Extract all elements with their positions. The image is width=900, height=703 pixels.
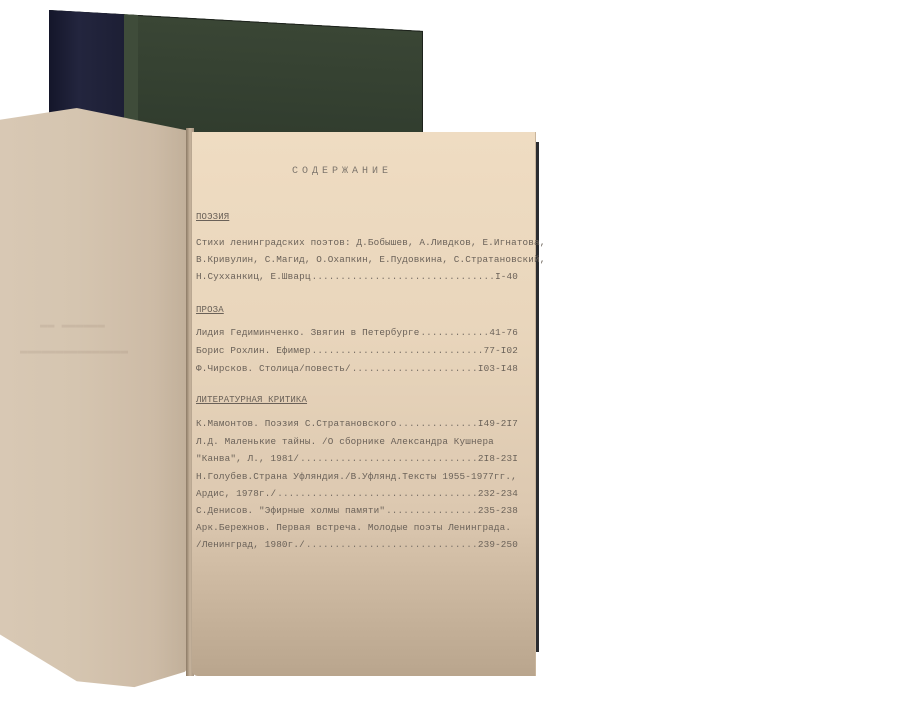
page-range: 2I8-23I — [478, 452, 518, 465]
page-range: I03-I48 — [478, 362, 518, 375]
entry-text: Стихи ленинградских поэтов: Д.Бобышев, А… — [196, 236, 545, 249]
section-heading-criticism: ЛИТЕРАТУРНАЯ КРИТИКА — [196, 394, 307, 407]
toc-entry: С.Денисов. "Эфирные холмы памяти" 235-23… — [196, 502, 518, 519]
leader-dots — [277, 487, 477, 500]
toc-entry: Лидия Гедиминченко. Звягин в Петербурге … — [196, 324, 518, 341]
toc-entry: Ф.Чирсков. Столица/повесть/ I03-I48 — [196, 360, 518, 377]
leader-dots — [386, 504, 477, 517]
leader-dots — [352, 362, 477, 375]
entry-text: С.Денисов. "Эфирные холмы памяти" — [196, 504, 385, 517]
entry-text: Ф.Чирсков. Столица/повесть/ — [196, 362, 351, 375]
section-heading-prose: ПРОЗА — [196, 304, 224, 317]
section-heading-poetry: ПОЭЗИЯ — [196, 211, 229, 224]
entry-text: Лидия Гедиминченко. Звягин в Петербурге — [196, 326, 419, 339]
page-range: 239-250 — [478, 538, 518, 551]
entry-text: В.Кривулин, С.Магид, О.Охапкин, Е.Пудовк… — [196, 253, 545, 266]
leader-dots — [306, 538, 477, 551]
toc-entry: К.Мамонтов. Поэзия С.Стратановского I49-… — [196, 415, 518, 432]
bleed-through-text: ▬▬▬▬▬▬▬▬▬▬▬▬▬▬▬ — [20, 344, 128, 358]
page-range: I-40 — [495, 270, 518, 283]
entry-text: К.Мамонтов. Поэзия С.Стратановского — [196, 417, 397, 430]
leader-dots — [398, 417, 477, 430]
toc-entry: Арк.Бережнов. Первая встреча. Молодые по… — [196, 519, 518, 553]
entry-text: Борис Рохлин. Ефимер — [196, 344, 311, 357]
entry-text: Н.Голубев.Страна Уфляндия./В.Уфлянд.Текс… — [196, 470, 517, 483]
entry-text: Н.Сухханкиц, Е.Шварц — [196, 270, 311, 283]
leader-dots — [420, 326, 488, 339]
page-range: 235-238 — [478, 504, 518, 517]
entry-text: /Ленинград, 1980г./ — [196, 538, 305, 551]
leader-dots — [300, 452, 477, 465]
toc-entry: Н.Голубев.Страна Уфляндия./В.Уфлянд.Текс… — [196, 468, 518, 502]
page-range: 41-76 — [489, 326, 518, 339]
toc-title: СОДЕРЖАНИЕ — [292, 165, 392, 178]
page-range: 77-I02 — [484, 344, 518, 357]
entry-text: Ардис, 1978г./ — [196, 487, 276, 500]
entry-text: Л.Д. Маленькие тайны. /О сборнике Алекса… — [196, 435, 494, 448]
toc-entry: Борис Рохлин. Ефимер 77-I02 — [196, 342, 518, 359]
toc-entry: Стихи ленинградских поэтов: Д.Бобышев, А… — [196, 234, 518, 285]
toc-entry: Л.Д. Маленькие тайны. /О сборнике Алекса… — [196, 433, 518, 467]
page-range: I49-2I7 — [478, 417, 518, 430]
page-range: 232-234 — [478, 487, 518, 500]
entry-text: Арк.Бережнов. Первая встреча. Молодые по… — [196, 521, 511, 534]
leader-dots — [312, 270, 494, 283]
leader-dots — [312, 344, 483, 357]
bleed-through-text: ▬▬ ▬▬▬▬▬▬ — [40, 318, 105, 332]
left-page: ▬▬ ▬▬▬▬▬▬ ▬▬▬▬▬▬▬▬▬▬▬▬▬▬▬ — [0, 108, 192, 693]
back-board-edge — [535, 142, 539, 652]
right-page: СОДЕРЖАНИЕ ПОЭЗИЯ Стихи ленинградских по… — [192, 132, 535, 676]
entry-text: "Канва", Л., 1981/ — [196, 452, 299, 465]
